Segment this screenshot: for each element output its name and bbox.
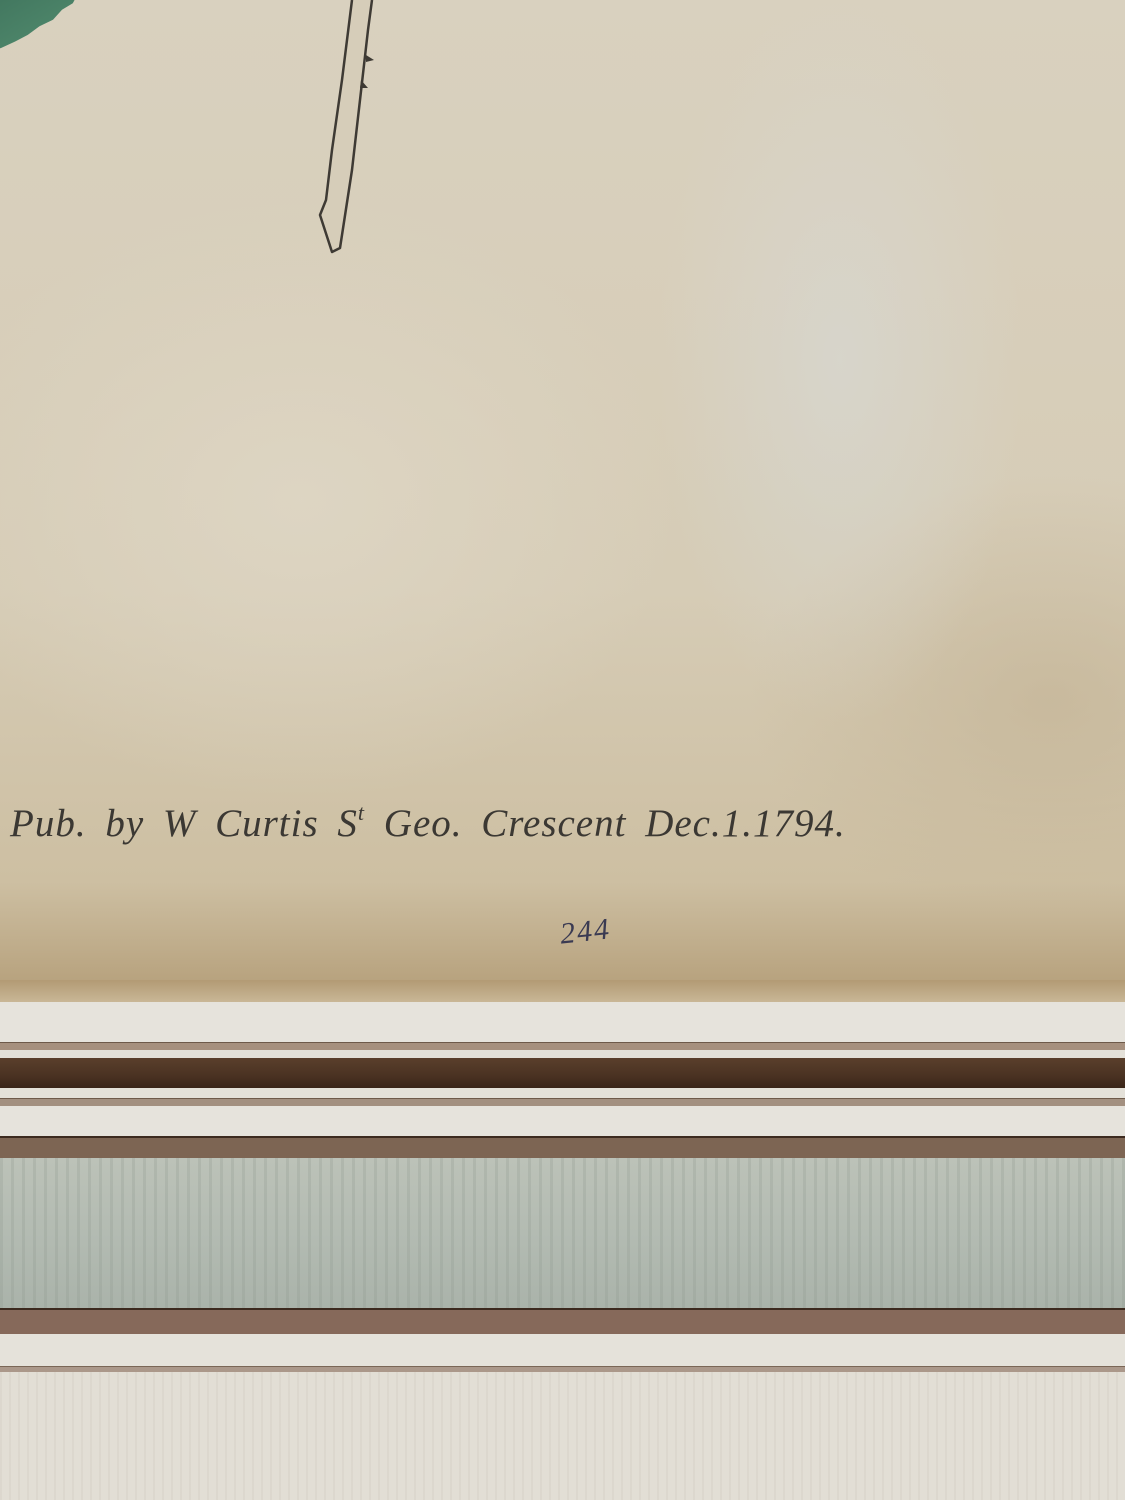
mount-band-cream xyxy=(0,1088,1125,1098)
mount-band-cream xyxy=(0,1334,1125,1366)
publication-prefix: Pub. by W Curtis S xyxy=(10,802,358,845)
mount-band-cream xyxy=(0,1372,1125,1500)
mount-band-cream xyxy=(0,1050,1125,1058)
leaf-fragment xyxy=(0,0,80,56)
mount-bevel-shadow xyxy=(0,980,1125,1002)
mount-band-cream xyxy=(0,1002,1125,1042)
botanical-print: Pub. by W Curtis St Geo. Crescent Dec.1.… xyxy=(0,0,1125,980)
mount-band-dark-brown xyxy=(0,1058,1125,1088)
mount-band-cream xyxy=(0,1106,1125,1136)
mount-band-sage-wash xyxy=(0,1158,1125,1308)
publication-suffix: Geo. Crescent Dec.1.1794. xyxy=(365,802,846,845)
publication-line: Pub. by W Curtis St Geo. Crescent Dec.1.… xyxy=(10,800,846,846)
decorative-mount xyxy=(0,980,1125,1500)
plant-stem-illustration xyxy=(290,0,400,270)
handwritten-plate-number: 244 xyxy=(558,912,612,951)
publication-superscript: t xyxy=(358,800,365,825)
